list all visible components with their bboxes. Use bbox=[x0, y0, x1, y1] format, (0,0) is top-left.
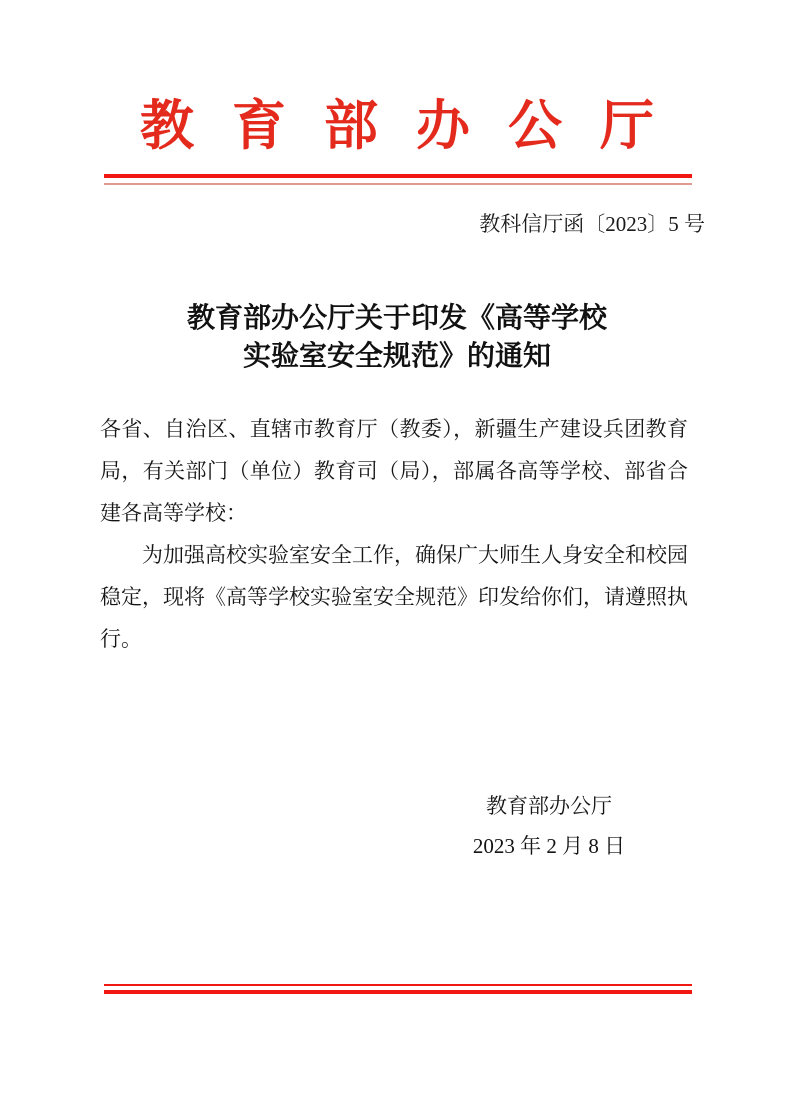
notice-title: 教育部办公厅关于印发《高等学校 实验室安全规范》的通知 bbox=[0, 300, 794, 376]
letterhead-title: 教育部办公厅 bbox=[0, 92, 794, 160]
document-body: 各省、自治区、直辖市教育厅（教委），新疆生产建设兵团教育局，有关部门（单位）教育… bbox=[100, 408, 688, 660]
signature-block: 教育部办公厅 2023 年 2 月 8 日 bbox=[468, 786, 630, 866]
recipients-paragraph: 各省、自治区、直辖市教育厅（教委），新疆生产建设兵团教育局，有关部门（单位）教育… bbox=[100, 408, 688, 534]
signature-issuer: 教育部办公厅 bbox=[468, 786, 630, 826]
header-rule-thin bbox=[104, 183, 692, 185]
footer-rule-thick bbox=[104, 990, 692, 994]
notice-title-line1: 教育部办公厅关于印发《高等学校 bbox=[187, 303, 607, 334]
official-document-page: 教育部办公厅 教科信厅函〔2023〕5 号 教育部办公厅关于印发《高等学校 实验… bbox=[0, 0, 794, 1108]
footer-rule-thin bbox=[104, 984, 692, 986]
header-rule-thick bbox=[104, 174, 692, 178]
document-number: 教科信厅函〔2023〕5 号 bbox=[479, 210, 705, 238]
notice-title-line2: 实验室安全规范》的通知 bbox=[243, 341, 551, 372]
main-paragraph: 为加强高校实验室安全工作，确保广大师生人身安全和校园稳定，现将《高等学校实验室安… bbox=[100, 534, 688, 660]
signature-date: 2023 年 2 月 8 日 bbox=[468, 826, 630, 866]
